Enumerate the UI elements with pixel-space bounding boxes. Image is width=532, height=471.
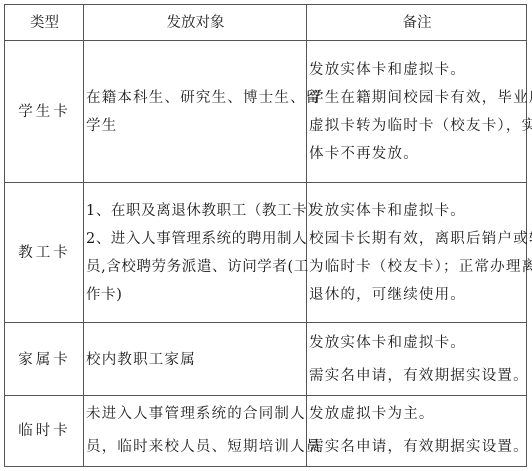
row-temporary-recipients: 未进入人事管理系统的合同制人 员，临时来校人员、短期培训人员 (84, 396, 307, 466)
notes-line: 发放实体卡和虚拟卡。 (309, 327, 527, 360)
header-type: 类型 (5, 5, 84, 41)
recipients-line: 学生 (86, 112, 307, 140)
header-notes: 备注 (307, 5, 527, 41)
recipients-line: 2、进入人事管理系统的聘用制人 (86, 225, 307, 253)
notes-line: 为临时卡（校友卡）；正常办理离 (309, 253, 527, 281)
recipients-line: 员,含校聘劳务派遣、访问学者(工 (86, 253, 307, 281)
recipients-line: 员，临时来校人员、短期培训人员 (86, 431, 307, 464)
row-staff-notes: 发放实体卡和虚拟卡。 校园卡长期有效，离职后销户或转 为临时卡（校友卡）；正常办… (307, 183, 527, 323)
row-student-notes: 发放实体卡和虚拟卡。 学生在籍期间校园卡有效，毕业后 虚拟卡转为临时卡（校友卡）… (307, 41, 527, 183)
recipients-line: 校内教职工家属 (86, 346, 307, 374)
notes-line: 体卡不再发放。 (309, 140, 527, 168)
row-staff-type: 教工卡 (5, 183, 84, 323)
row-student-recipients: 在籍本科生、研究生、博士生、留 学生 (84, 41, 307, 183)
notes-line: 需实名申请，有效期据实设置。 (309, 431, 527, 464)
row-student-type: 学生卡 (5, 41, 84, 183)
recipients-line: 作卡) (86, 281, 307, 309)
row-family-notes: 发放实体卡和虚拟卡。 需实名申请，有效期据实设置。 (307, 323, 527, 396)
row-temporary-notes: 发放虚拟卡为主。 需实名申请，有效期据实设置。 (307, 396, 527, 466)
row-staff-recipients: 1、在职及离退休教职工（教工卡） 2、进入人事管理系统的聘用制人 员,含校聘劳务… (84, 183, 307, 323)
notes-line: 发放实体卡和虚拟卡。 (309, 56, 527, 84)
row-temporary-type: 临时卡 (5, 396, 84, 466)
header-recipients: 发放对象 (84, 5, 307, 41)
notes-line: 发放虚拟卡为主。 (309, 398, 527, 431)
recipients-line: 在籍本科生、研究生、博士生、留 (86, 84, 307, 112)
notes-line: 发放实体卡和虚拟卡。 (309, 197, 527, 225)
notes-line: 需实名申请，有效期据实设置。 (309, 360, 527, 393)
card-types-table: 类型 发放对象 备注 学生卡 在籍本科生、研究生、博士生、留 学生 发放实体卡和… (4, 4, 527, 467)
notes-line: 虚拟卡转为临时卡（校友卡），实 (309, 112, 527, 140)
notes-line: 学生在籍期间校园卡有效，毕业后 (309, 84, 527, 112)
row-family-type: 家属卡 (5, 323, 84, 396)
notes-line: 退休的，可继续使用。 (309, 281, 527, 309)
recipients-line: 未进入人事管理系统的合同制人 (86, 398, 307, 431)
recipients-line: 1、在职及离退休教职工（教工卡） (86, 197, 307, 225)
row-family-recipients: 校内教职工家属 (84, 323, 307, 396)
notes-line: 校园卡长期有效，离职后销户或转 (309, 225, 527, 253)
